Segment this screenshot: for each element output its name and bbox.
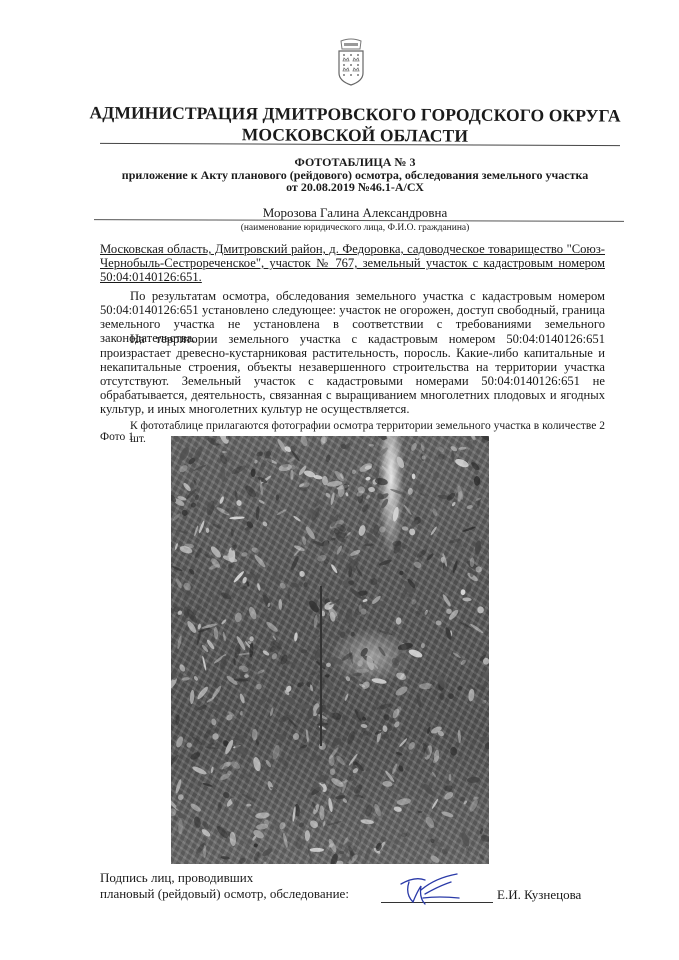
annex-date-number: от 20.08.2019 №46.1-А/СХ bbox=[60, 181, 650, 194]
signer-name: Е.И. Кузнецова bbox=[497, 887, 581, 902]
signature-label-line2: плановый (рейдовый) осмотр, обследование… bbox=[100, 886, 349, 901]
photo-label: Фото 1 bbox=[100, 431, 134, 444]
signature-label-line1: Подпись лиц, проводивших bbox=[100, 870, 253, 885]
annex-heading: ФОТОТАБЛИЦА № 3 приложение к Акту планов… bbox=[60, 156, 650, 194]
plot-address: Московская область, Дмитровский район, д… bbox=[100, 242, 605, 284]
annex-title: ФОТОТАБЛИЦА № 3 bbox=[60, 156, 650, 169]
subject-caption: (наименование юридического лица, Ф.И.О. … bbox=[90, 223, 620, 234]
handwritten-signature-icon bbox=[395, 872, 465, 908]
inspection-paragraph-2: На территории земельного участка с кадас… bbox=[100, 332, 605, 416]
overgrown-plot-photo bbox=[171, 436, 489, 864]
organization-title: АДМИНИСТРАЦИЯ ДМИТРОВСКОГО ГОРОДСКОГО ОК… bbox=[60, 102, 650, 148]
subject-name: Морозова Галина Александровна bbox=[90, 206, 620, 220]
org-title-line1: АДМИНИСТРАЦИЯ ДМИТРОВСКОГО ГОРОДСКОГО ОК… bbox=[60, 102, 650, 127]
coat-of-arms-icon bbox=[335, 37, 367, 87]
